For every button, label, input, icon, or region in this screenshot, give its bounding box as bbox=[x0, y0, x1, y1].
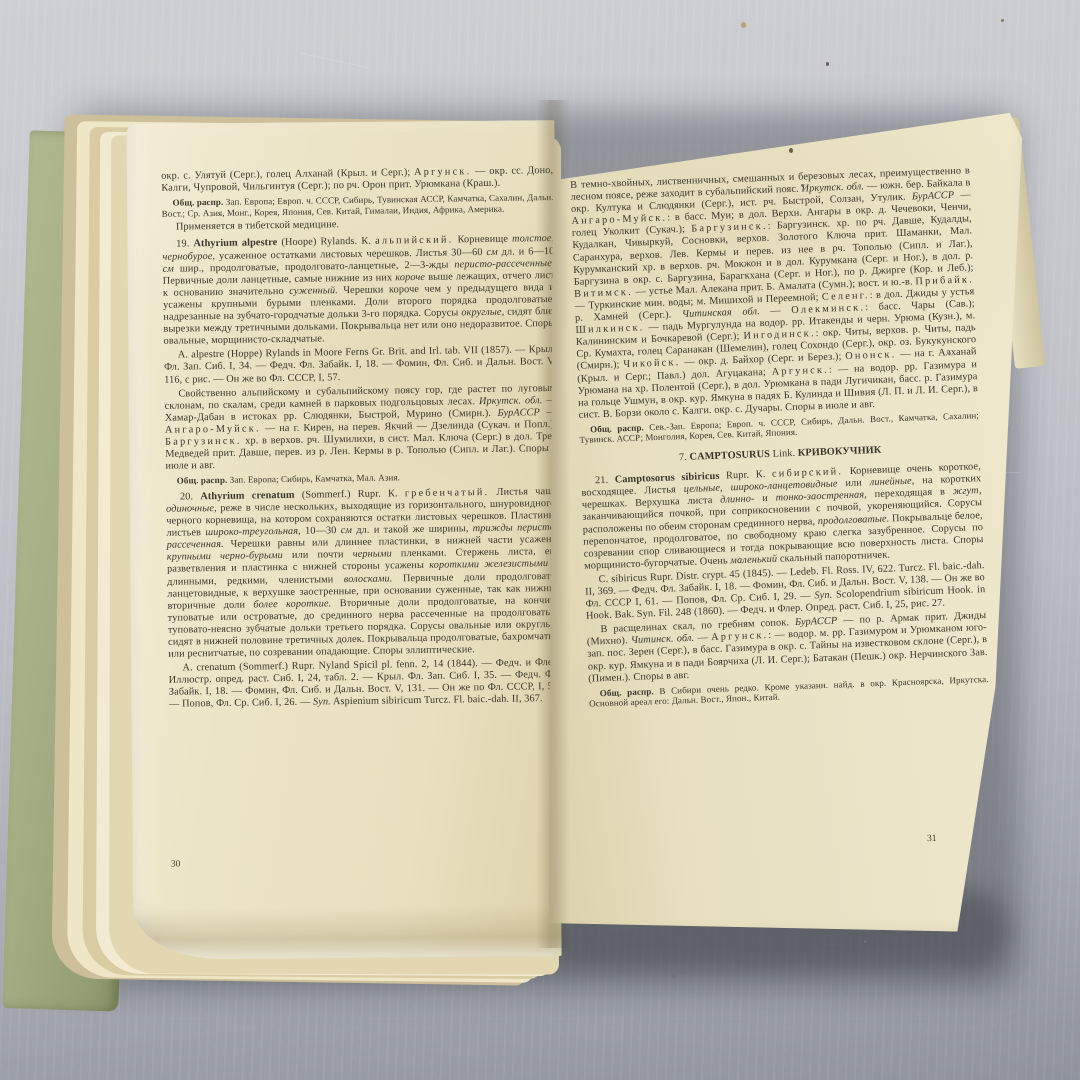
text-block: A. crenatum (Sommerf.) Rupr. Nyland Spic… bbox=[168, 657, 561, 711]
speck bbox=[789, 148, 793, 153]
text-block: A. alpestre (Hoppe) Rylands in Moore Fer… bbox=[164, 344, 556, 386]
left-page: окр. с. Улятуй (Серг.), голец Алханай (К… bbox=[126, 120, 561, 960]
page-curl-shade bbox=[133, 904, 561, 960]
text-block: В расщелинах скал, по гребням сопок. Бур… bbox=[586, 610, 988, 685]
text-block: Общ. распр. Зап. Европа; Сибирь, Камчатк… bbox=[166, 470, 558, 486]
text-block: Свойственно альпийскому и субальпийскому… bbox=[164, 383, 557, 473]
speck bbox=[895, 273, 898, 276]
speck bbox=[1001, 19, 1004, 22]
speck bbox=[948, 352, 951, 355]
speck bbox=[672, 975, 675, 978]
speck bbox=[864, 940, 867, 943]
surface-scratch bbox=[301, 53, 370, 69]
left-page-text: окр. с. Улятуй (Серг.), голец Алханай (К… bbox=[161, 165, 561, 713]
right-page: В темно-хвойных, лиственничных, смешанны… bbox=[548, 96, 1024, 940]
right-page-number: 31 bbox=[926, 834, 936, 844]
speck bbox=[801, 184, 804, 187]
text-block: В темно-хвойных, лиственничных, смешанны… bbox=[570, 165, 979, 421]
text-block: 21. Camptosorus sibiricus Rupr. К. сибир… bbox=[581, 461, 984, 572]
book-gutter bbox=[536, 100, 570, 948]
text-block: 19. Athyrium alpestre (Hoope) Rylands. К… bbox=[162, 233, 556, 348]
speck bbox=[741, 22, 746, 28]
text-block: 20. Athyrium crenatum (Sommerf.) Rupr. К… bbox=[166, 486, 560, 661]
left-page-number: 30 bbox=[171, 859, 181, 869]
text-block: Общ. распр. Зап. Европа; Европ. ч. СССР,… bbox=[162, 192, 554, 219]
right-page-text: В темно-хвойных, лиственничных, смешанны… bbox=[570, 165, 989, 712]
text-block: окр. с. Улятуй (Серг.), голец Алханай (К… bbox=[161, 165, 553, 195]
text-block: Применяется в тибетской медицине. bbox=[162, 216, 554, 234]
speck bbox=[826, 62, 829, 66]
